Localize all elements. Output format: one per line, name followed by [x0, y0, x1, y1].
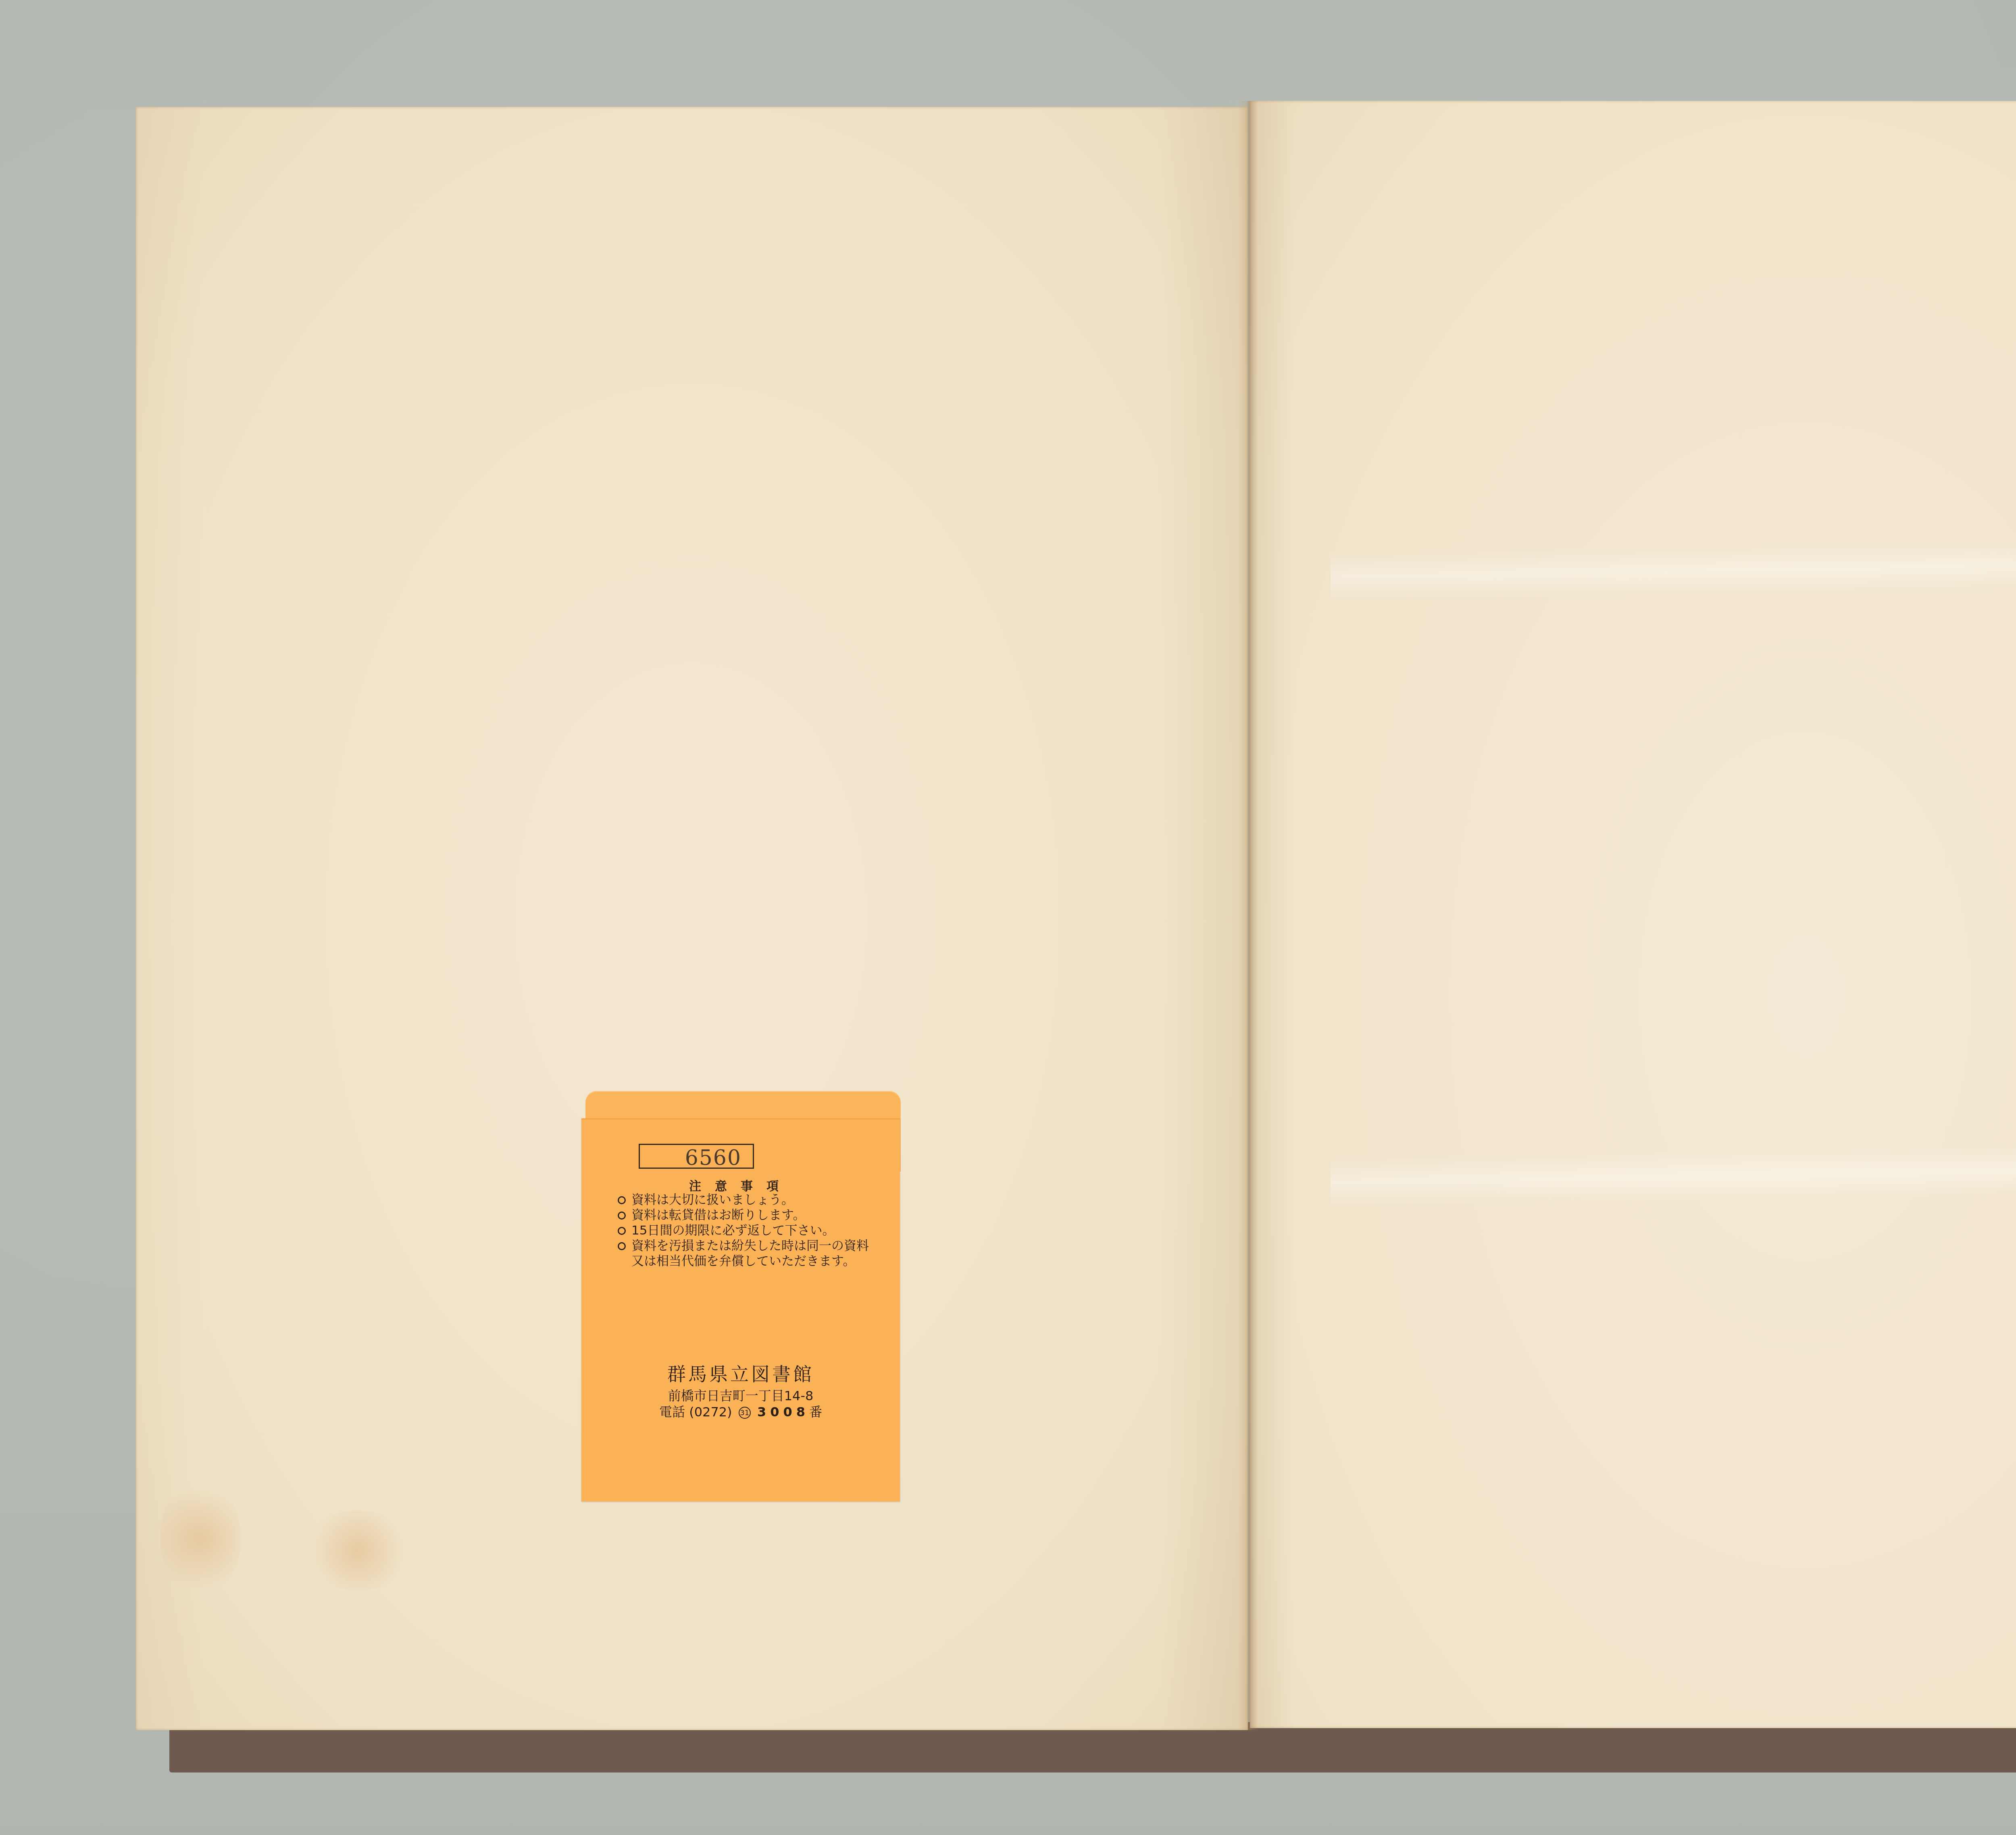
library-phone: 電話 (0272) 31 3008番: [581, 1402, 900, 1420]
phone-suffix: 番: [809, 1404, 822, 1420]
library-name: 群馬県立図書館: [581, 1360, 900, 1386]
notice-item: 資料は転貸借はお断りします。: [617, 1207, 875, 1223]
phone-label: 電話: [659, 1404, 685, 1420]
pocket-front: 6560 注意事項 資料は大切に扱いましょう。 資料は転貸借はお断りします。 1…: [581, 1118, 900, 1501]
notice-title: 注意事項: [581, 1176, 900, 1194]
phone-number: 3008: [757, 1404, 809, 1420]
foxing-stain: [160, 1478, 241, 1599]
library-card-pocket: 6560 注意事項 資料は大切に扱いましょう。 資料は転貸借はお断りします。 1…: [585, 1091, 901, 1500]
accession-number-box: 6560: [639, 1144, 754, 1169]
phone-area-code: (0272): [689, 1404, 732, 1420]
accession-number: 6560: [685, 1146, 741, 1170]
foxing-stain: [305, 1510, 410, 1591]
notice-list: 資料は大切に扱いましょう。 資料は転貸借はお断りします。 15日間の期限に必ず返…: [617, 1192, 875, 1269]
page-crease: [1331, 536, 2016, 602]
book-spine-gutter: [1238, 101, 1258, 1730]
notice-item: 資料を汚損または紛失した時は同一の資料又は相当代価を弁償していただきます。: [617, 1238, 875, 1269]
page-crease: [1331, 1141, 2016, 1207]
right-page: [1250, 101, 2016, 1728]
notice-item: 15日間の期限に必ず返して下さい。: [617, 1223, 875, 1238]
notice-item: 資料は大切に扱いましょう。: [617, 1192, 875, 1207]
phone-exchange-circled: 31: [739, 1407, 751, 1419]
